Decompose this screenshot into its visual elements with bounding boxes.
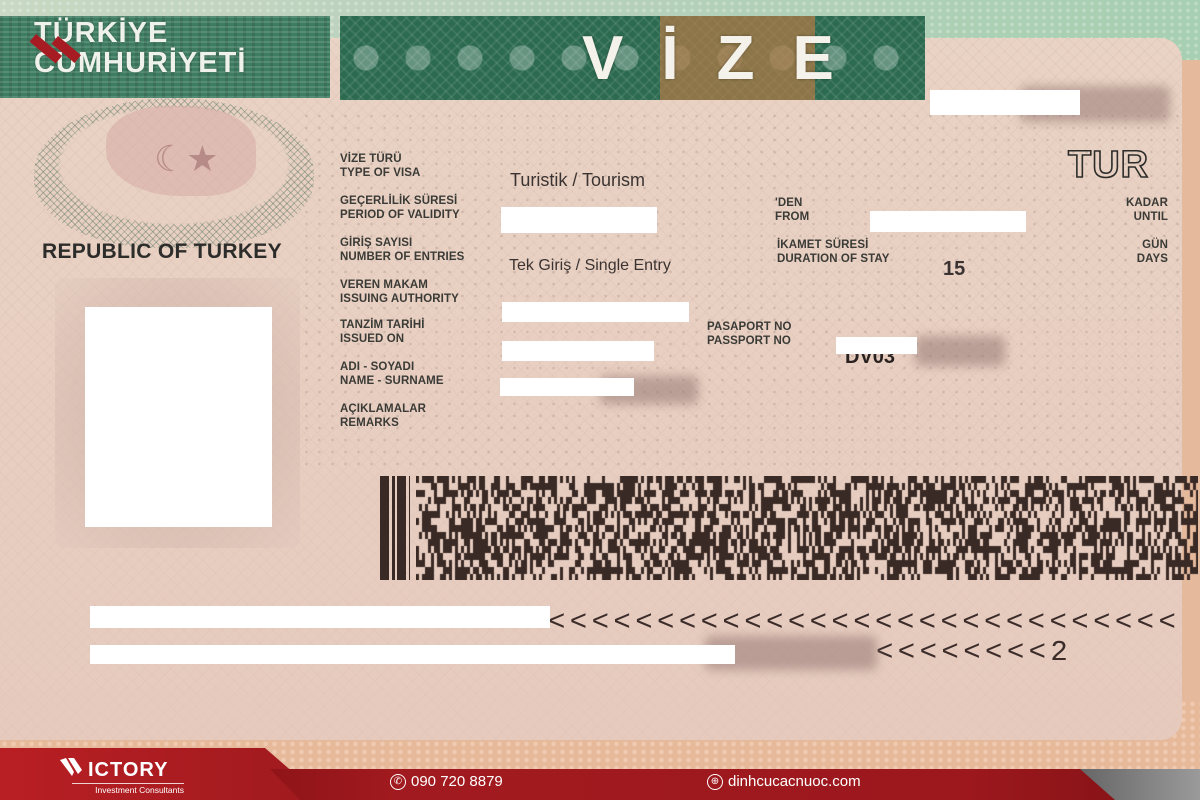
barcode-start-pattern — [380, 476, 410, 580]
country-name-en: REPUBLIC OF TURKEY — [42, 240, 282, 264]
brand-name: ICTORY — [88, 760, 168, 780]
passport-no-blur — [915, 336, 1005, 366]
barcode-data-area — [416, 476, 1198, 580]
victory-v-icon — [60, 758, 90, 778]
name-surname-redaction — [500, 378, 634, 396]
website-link[interactable]: dinhcucacnuoc.com — [728, 773, 861, 790]
value-number-of-entries: Tek Giriş / Single Entry — [509, 257, 671, 275]
label-duration-of-stay: İKAMET SÜRESİDURATION OF STAY — [777, 238, 890, 266]
crescent-star-icon: ☾★ — [154, 138, 219, 180]
label-type-of-visa: VİZE TÜRÜTYPE OF VISA — [340, 152, 420, 180]
mrz-line-2-redaction — [90, 645, 735, 664]
label-days: GÜNDAYS — [1100, 238, 1168, 266]
turkey-emblem: ☾★ — [34, 98, 314, 238]
label-issued-on: TANZİM TARİHİISSUED ON — [340, 318, 425, 346]
issuing-state-code: TUR — [1068, 144, 1149, 187]
label-number-of-entries: GİRİŞ SAYISINUMBER OF ENTRIES — [340, 236, 464, 264]
mrz-line-1-redaction — [90, 606, 550, 628]
phone-icon: ✆ — [390, 774, 406, 790]
website-contact[interactable]: ⊕ dinhcucacnuoc.com — [707, 773, 861, 790]
issuing-authority-redaction — [502, 302, 689, 322]
from-date-redaction — [870, 211, 1026, 232]
label-passport-no: PASAPORT NOPASSPORT NO — [707, 320, 792, 348]
value-duration-of-stay: 15 — [943, 258, 965, 281]
period-of-validity-redaction — [501, 207, 657, 233]
phone-number[interactable]: 090 720 8879 — [411, 773, 503, 790]
vize-title: VİZE — [582, 22, 872, 96]
issued-on-redaction — [502, 341, 654, 361]
label-period-of-validity: GEÇERLİLİK SÜRESİPERIOD OF VALIDITY — [340, 194, 460, 222]
value-type-of-visa: Turistik / Tourism — [510, 170, 645, 191]
visa-number-redaction — [930, 90, 1080, 115]
brand-tagline: Investment Consultants — [72, 783, 184, 795]
holder-photo-redaction — [85, 307, 272, 527]
passport-no-redaction — [836, 337, 917, 354]
label-issuing-authority: VEREN MAKAMISSUING AUTHORITY — [340, 278, 459, 306]
globe-icon: ⊕ — [707, 774, 723, 790]
label-name-surname: ADI - SOYADINAME - SURNAME — [340, 360, 444, 388]
phone-contact[interactable]: ✆ 090 720 8879 — [390, 773, 503, 790]
label-remarks: AÇIKLAMALARREMARKS — [340, 402, 426, 430]
label-until: KADARUNTIL — [1100, 196, 1168, 224]
label-from: 'DENFROM — [775, 196, 809, 224]
pdf417-barcode — [380, 476, 1198, 580]
